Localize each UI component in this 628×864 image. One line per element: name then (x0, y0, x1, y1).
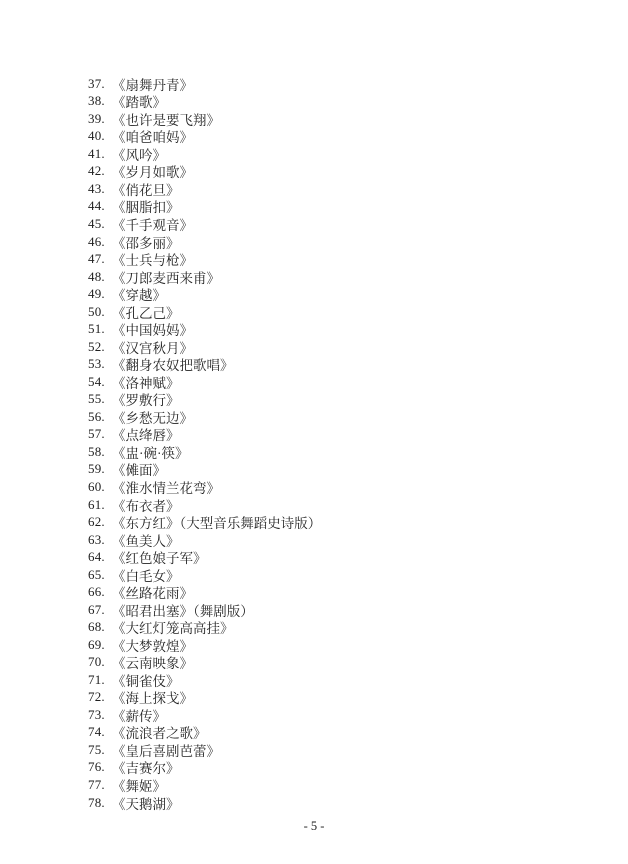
item-number: 75. (88, 742, 112, 758)
list-item: 38.《踏歌》 (88, 93, 598, 111)
item-number: 69. (88, 637, 112, 653)
item-number: 51. (88, 321, 112, 337)
list-item: 57.《点绛唇》 (88, 426, 598, 444)
list-item: 55.《罗敷行》 (88, 391, 598, 409)
item-number: 38. (88, 93, 112, 109)
list-item: 71.《铜雀伎》 (88, 671, 598, 689)
list-item: 54.《洛神赋》 (88, 373, 598, 391)
list-item: 52.《汉宫秋月》 (88, 338, 598, 356)
list-item: 61.《布衣者》 (88, 496, 598, 514)
item-number: 42. (88, 163, 112, 179)
item-number: 57. (88, 426, 112, 442)
item-number: 64. (88, 549, 112, 565)
list-item: 77.《舞姬》 (88, 776, 598, 794)
list-item: 75.《皇后喜剧芭蕾》 (88, 741, 598, 759)
list-item: 42.《岁月如歌》 (88, 163, 598, 181)
list-item: 60.《淮水情兰花弯》 (88, 478, 598, 496)
item-number: 78. (88, 795, 112, 811)
item-number: 47. (88, 251, 112, 267)
item-number: 59. (88, 461, 112, 477)
item-number: 50. (88, 304, 112, 320)
item-number: 40. (88, 128, 112, 144)
item-number: 45. (88, 216, 112, 232)
list-item: 45.《千手观音》 (88, 215, 598, 233)
list-item: 68.《大红灯笼高高挂》 (88, 618, 598, 636)
item-number: 76. (88, 759, 112, 775)
item-number: 46. (88, 234, 112, 250)
item-title: 《天鹅湖》 (112, 793, 180, 813)
list-item: 64.《红色娘子军》 (88, 548, 598, 566)
list-item: 46.《邵多丽》 (88, 233, 598, 251)
item-number: 73. (88, 707, 112, 723)
item-number: 67. (88, 602, 112, 618)
item-number: 77. (88, 777, 112, 793)
list-item: 58.《盅·碗·筷》 (88, 443, 598, 461)
item-number: 48. (88, 269, 112, 285)
item-number: 58. (88, 444, 112, 460)
list-item: 66.《丝路花雨》 (88, 583, 598, 601)
list-item: 40.《咱爸咱妈》 (88, 128, 598, 146)
item-number: 70. (88, 654, 112, 670)
item-number: 39. (88, 111, 112, 127)
list-item: 41.《风吟》 (88, 145, 598, 163)
list-item: 50.《孔乙己》 (88, 303, 598, 321)
list-item: 59.《傩面》 (88, 461, 598, 479)
list-item: 70.《云南映象》 (88, 654, 598, 672)
list-item: 43.《俏花旦》 (88, 180, 598, 198)
item-number: 43. (88, 181, 112, 197)
list-item: 67.《昭君出塞》（舞剧版） (88, 601, 598, 619)
list-item: 48.《刀郎麦西来甫》 (88, 268, 598, 286)
list-item: 78.《天鹅湖》 (88, 794, 598, 812)
works-list: 37.《扇舞丹青》38.《踏歌》39.《也许是要飞翔》40.《咱爸咱妈》41.《… (88, 75, 598, 811)
item-number: 62. (88, 514, 112, 530)
item-number: 60. (88, 479, 112, 495)
document-page: 37.《扇舞丹青》38.《踏歌》39.《也许是要飞翔》40.《咱爸咱妈》41.《… (0, 0, 628, 864)
item-number: 66. (88, 584, 112, 600)
list-item: 47.《士兵与枪》 (88, 250, 598, 268)
list-item: 51.《中国妈妈》 (88, 320, 598, 338)
list-item: 39.《也许是要飞翔》 (88, 110, 598, 128)
list-item: 72.《海上探戈》 (88, 689, 598, 707)
item-number: 72. (88, 689, 112, 705)
list-item: 56.《乡愁无边》 (88, 408, 598, 426)
item-number: 65. (88, 567, 112, 583)
item-number: 74. (88, 724, 112, 740)
page-number: - 5 - (0, 819, 628, 834)
item-number: 52. (88, 339, 112, 355)
list-item: 65.《白毛女》 (88, 566, 598, 584)
list-item: 76.《吉赛尔》 (88, 759, 598, 777)
list-item: 74.《流浪者之歌》 (88, 724, 598, 742)
list-item: 44.《胭脂扣》 (88, 198, 598, 216)
list-item: 49.《穿越》 (88, 285, 598, 303)
item-number: 54. (88, 374, 112, 390)
item-number: 55. (88, 391, 112, 407)
list-item: 63.《鱼美人》 (88, 531, 598, 549)
list-item: 37.《扇舞丹青》 (88, 75, 598, 93)
item-number: 68. (88, 619, 112, 635)
item-number: 63. (88, 532, 112, 548)
list-item: 53.《翻身农奴把歌唱》 (88, 356, 598, 374)
list-item: 73.《薪传》 (88, 706, 598, 724)
item-number: 44. (88, 198, 112, 214)
item-number: 41. (88, 146, 112, 162)
list-item: 62.《东方红》（大型音乐舞蹈史诗版） (88, 513, 598, 531)
item-number: 37. (88, 76, 112, 92)
item-number: 61. (88, 497, 112, 513)
item-number: 49. (88, 286, 112, 302)
item-number: 56. (88, 409, 112, 425)
item-number: 71. (88, 672, 112, 688)
list-item: 69.《大梦敦煌》 (88, 636, 598, 654)
item-number: 53. (88, 356, 112, 372)
